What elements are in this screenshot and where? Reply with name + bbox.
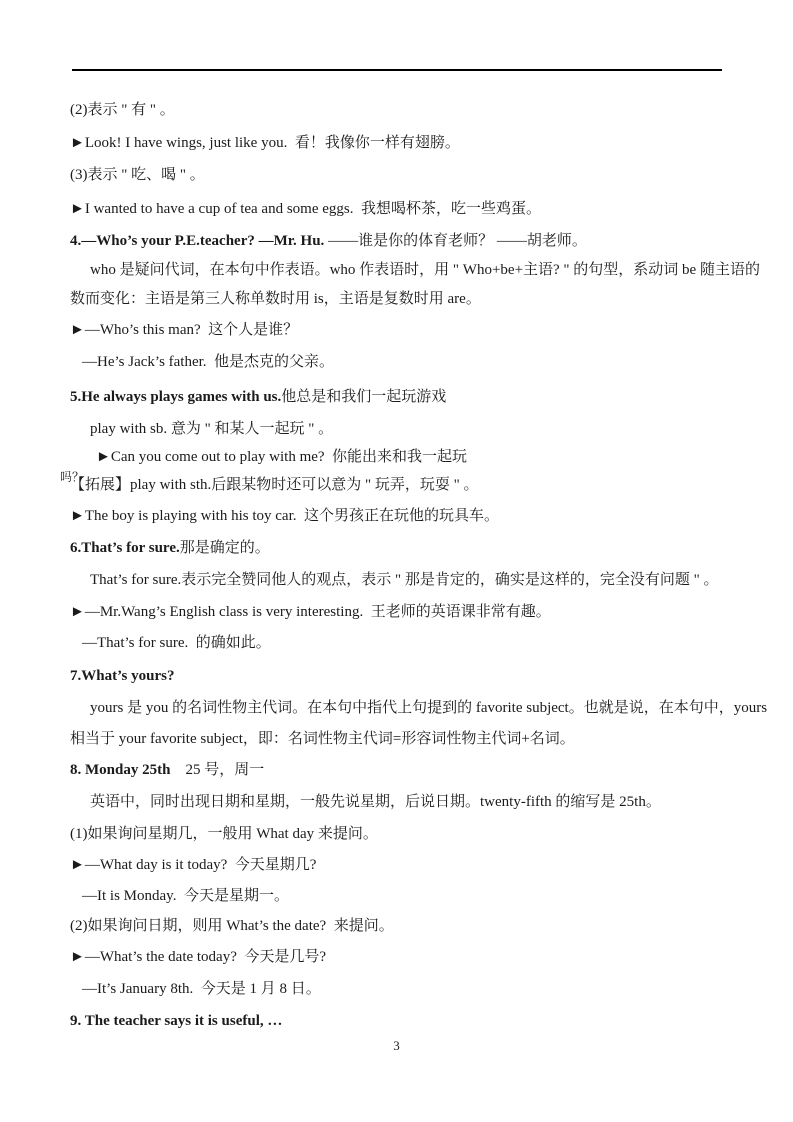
- line-text: ►I wanted to have a cup of tea and some …: [70, 201, 541, 217]
- line-text: (2)表示 " 有 " 。: [70, 102, 175, 118]
- line-text: 英语中，同时出现日期和星期，一般先说星期，后说日期。twenty-fifth 的…: [90, 794, 661, 810]
- line-bold-text: 7.What’s yours?: [70, 668, 174, 684]
- line-text: ►Look! I have wings, just like you. 看！我像…: [70, 135, 460, 151]
- line-bold-text: 4.—Who’s your P.E.teacher? —Mr. Hu.: [70, 233, 328, 249]
- text-line: 英语中，同时出现日期和星期，一般先说星期，后说日期。twenty-fifth 的…: [90, 793, 661, 812]
- text-line: who 是疑问代词，在本句中作表语。who 作表语时，用 " Who+be+主语…: [90, 261, 760, 280]
- text-line: 8. Monday 25th 25 号，周一: [70, 761, 264, 780]
- line-text: ►—What day is it today? 今天星期几?: [70, 857, 316, 873]
- header-rule: [72, 69, 722, 71]
- line-text: —That’s for sure. 的确如此。: [82, 635, 271, 651]
- line-text: That’s for sure.表示完全赞同他人的观点，表示 " 那是肯定的，确…: [90, 572, 718, 588]
- line-text: yours 是 you 的名词性物主代词。在本句中指代上句提到的 favorit…: [90, 700, 767, 716]
- text-line: 相当于 your favorite subject，即：名词性物主代词=形容词性…: [70, 730, 575, 749]
- text-line: 6.That’s for sure.那是确定的。: [70, 539, 270, 558]
- line-text: —It is Monday. 今天是星期一。: [82, 888, 289, 904]
- line-text: (2)如果询问日期，则用 What’s the date? 来提问。: [70, 918, 394, 934]
- page-number: 3: [0, 1038, 793, 1054]
- text-line: ►The boy is playing with his toy car. 这个…: [70, 507, 499, 526]
- line-text: 【拓展】play with sth.后跟某物时还可以意为 " 玩弄，玩耍 " 。: [70, 477, 479, 493]
- text-line: ►Look! I have wings, just like you. 看！我像…: [70, 134, 460, 153]
- text-line: 5.He always plays games with us.他总是和我们一起…: [70, 388, 446, 407]
- line-bold-text: 8. Monday 25th: [70, 762, 170, 778]
- line-text: (1)如果询问星期几，一般用 What day 来提问。: [70, 826, 378, 842]
- line-text: ►—What’s the date today? 今天是几号?: [70, 949, 326, 965]
- line-text: —It’s January 8th. 今天是 1 月 8 日。: [82, 981, 321, 997]
- text-line: —He’s Jack’s father. 他是杰克的父亲。: [82, 353, 334, 372]
- text-line: —That’s for sure. 的确如此。: [82, 634, 271, 653]
- text-line: ►Can you come out to play with me? 你能出来和…: [96, 448, 467, 467]
- text-line: ►—Who’s this man? 这个人是谁？: [70, 321, 298, 340]
- line-text: ——谁是你的体育老师？ ——胡老师。: [328, 233, 587, 249]
- text-line: (2)表示 " 有 " 。: [70, 101, 175, 120]
- text-line: (2)如果询问日期，则用 What’s the date? 来提问。: [70, 917, 394, 936]
- text-line: (3)表示 " 吃、喝 " 。: [70, 166, 205, 185]
- text-line: play with sb. 意为 " 和某人一起玩 " 。: [90, 420, 333, 439]
- line-text: 那是确定的。: [180, 540, 270, 556]
- text-line: ►—What’s the date today? 今天是几号?: [70, 948, 326, 967]
- text-line: ►I wanted to have a cup of tea and some …: [70, 200, 541, 219]
- line-text: 他总是和我们一起玩游戏: [281, 389, 446, 405]
- line-text: ►Can you come out to play with me? 你能出来和…: [96, 449, 467, 465]
- line-text: ►—Who’s this man? 这个人是谁？: [70, 322, 298, 338]
- line-text: —He’s Jack’s father. 他是杰克的父亲。: [82, 354, 334, 370]
- text-line: 【拓展】play with sth.后跟某物时还可以意为 " 玩弄，玩耍 " 。: [70, 476, 479, 495]
- text-line: (1)如果询问星期几，一般用 What day 来提问。: [70, 825, 378, 844]
- text-line: ►—Mr.Wang’s English class is very intere…: [70, 603, 551, 622]
- text-line: yours 是 you 的名词性物主代词。在本句中指代上句提到的 favorit…: [90, 699, 767, 718]
- line-text: 数而变化：主语是第三人称单数时用 is，主语是复数时用 are。: [70, 291, 481, 307]
- text-line: —It is Monday. 今天是星期一。: [82, 887, 289, 906]
- line-text: play with sb. 意为 " 和某人一起玩 " 。: [90, 421, 333, 437]
- line-text: ►The boy is playing with his toy car. 这个…: [70, 508, 499, 524]
- line-text: 25 号，周一: [170, 762, 264, 778]
- line-text: 相当于 your favorite subject，即：名词性物主代词=形容词性…: [70, 731, 575, 747]
- line-text: who 是疑问代词，在本句中作表语。who 作表语时，用 " Who+be+主语…: [90, 262, 760, 278]
- line-bold-text: 5.He always plays games with us.: [70, 389, 281, 405]
- line-text: (3)表示 " 吃、喝 " 。: [70, 167, 205, 183]
- line-text: ►—Mr.Wang’s English class is very intere…: [70, 604, 551, 620]
- text-line: 数而变化：主语是第三人称单数时用 is，主语是复数时用 are。: [70, 290, 481, 309]
- text-line: That’s for sure.表示完全赞同他人的观点，表示 " 那是肯定的，确…: [90, 571, 718, 590]
- document-page: (2)表示 " 有 " 。 ►Look! I have wings, just …: [0, 0, 793, 1122]
- text-line: —It’s January 8th. 今天是 1 月 8 日。: [82, 980, 321, 999]
- line-bold-text: 6.That’s for sure.: [70, 540, 180, 556]
- text-line: ►—What day is it today? 今天星期几?: [70, 856, 316, 875]
- text-line: 4.—Who’s your P.E.teacher? —Mr. Hu. ——谁是…: [70, 232, 587, 251]
- line-bold-text: 9. The teacher says it is useful, …: [70, 1013, 282, 1029]
- text-line: 7.What’s yours?: [70, 667, 174, 686]
- text-line: 9. The teacher says it is useful, …: [70, 1012, 282, 1031]
